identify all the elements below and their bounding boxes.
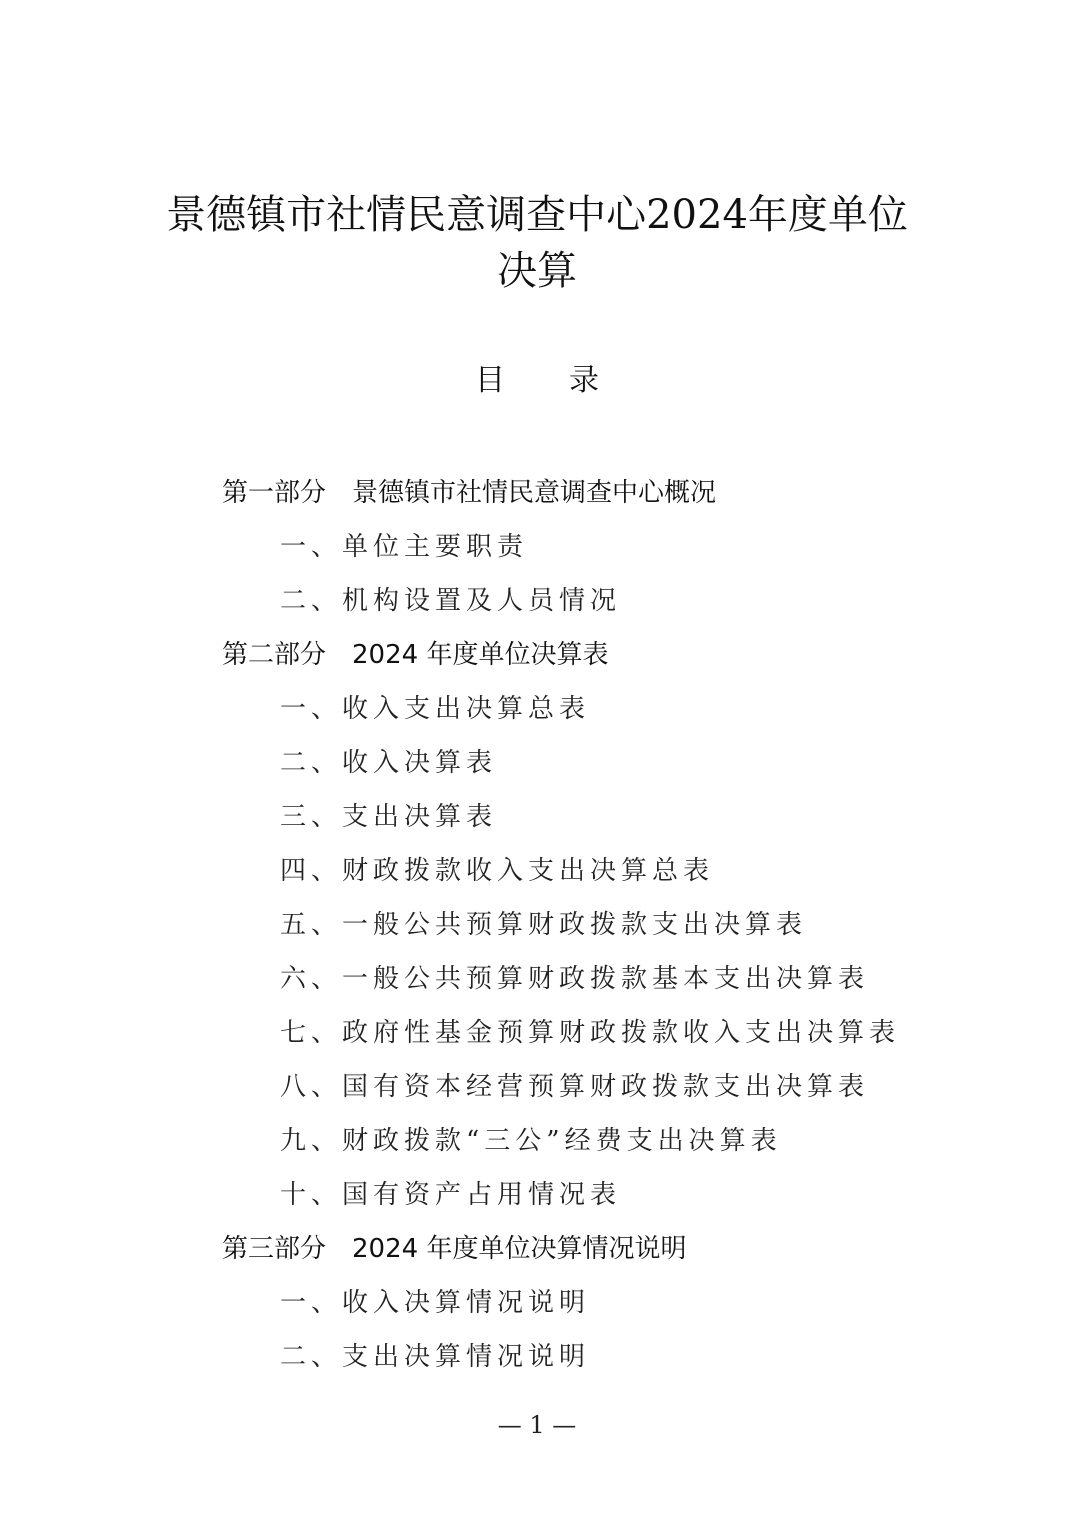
document-title-line-1: 景德镇市社情民意调查中心2024年度单位 xyxy=(0,186,1074,244)
toc-item[interactable]: 一、收入决算情况说明 xyxy=(280,1276,590,1330)
toc-item[interactable]: 二、收入决算表 xyxy=(280,736,497,790)
toc-part-2[interactable]: 第二部分2024 年度单位决算表 xyxy=(222,628,608,682)
toc-item[interactable]: 十、国有资产占用情况表 xyxy=(280,1168,621,1222)
toc-heading: 目录 xyxy=(0,356,1074,406)
toc-item[interactable]: 五、一般公共预算财政拨款支出决算表 xyxy=(280,898,807,952)
toc-item[interactable]: 七、政府性基金预算财政拨款收入支出决算表 xyxy=(280,1006,900,1060)
toc-item[interactable]: 九、财政拨款“三公”经费支出决算表 xyxy=(280,1114,782,1168)
toc-heading-left: 目 xyxy=(475,356,505,406)
toc-item[interactable]: 二、支出决算情况说明 xyxy=(280,1330,590,1384)
toc-part-label: 第二部分 xyxy=(222,628,326,682)
toc-item[interactable]: 一、单位主要职责 xyxy=(280,520,528,574)
toc-part-label: 第三部分 xyxy=(222,1222,326,1276)
toc-part-title: 景德镇市社情民意调查中心概况 xyxy=(352,466,716,520)
document-title-line-2: 决算 xyxy=(0,242,1074,300)
toc-part-1[interactable]: 第一部分景德镇市社情民意调查中心概况 xyxy=(222,466,716,520)
toc-item[interactable]: 二、机构设置及人员情况 xyxy=(280,574,621,628)
toc-item[interactable]: 四、财政拨款收入支出决算总表 xyxy=(280,844,714,898)
toc-part-title: 2024 年度单位决算表 xyxy=(352,628,608,682)
toc-part-3[interactable]: 第三部分2024 年度单位决算情况说明 xyxy=(222,1222,686,1276)
toc-part-title: 2024 年度单位决算情况说明 xyxy=(352,1222,686,1276)
toc-item[interactable]: 八、国有资本经营预算财政拨款支出决算表 xyxy=(280,1060,869,1114)
toc-item[interactable]: 一、收入支出决算总表 xyxy=(280,682,590,736)
toc-item[interactable]: 六、一般公共预算财政拨款基本支出决算表 xyxy=(280,952,869,1006)
toc-item[interactable]: 三、支出决算表 xyxy=(280,790,497,844)
toc-heading-right: 录 xyxy=(569,356,599,406)
page-number: — 1 — xyxy=(0,1405,1074,1445)
toc-part-label: 第一部分 xyxy=(222,466,326,520)
